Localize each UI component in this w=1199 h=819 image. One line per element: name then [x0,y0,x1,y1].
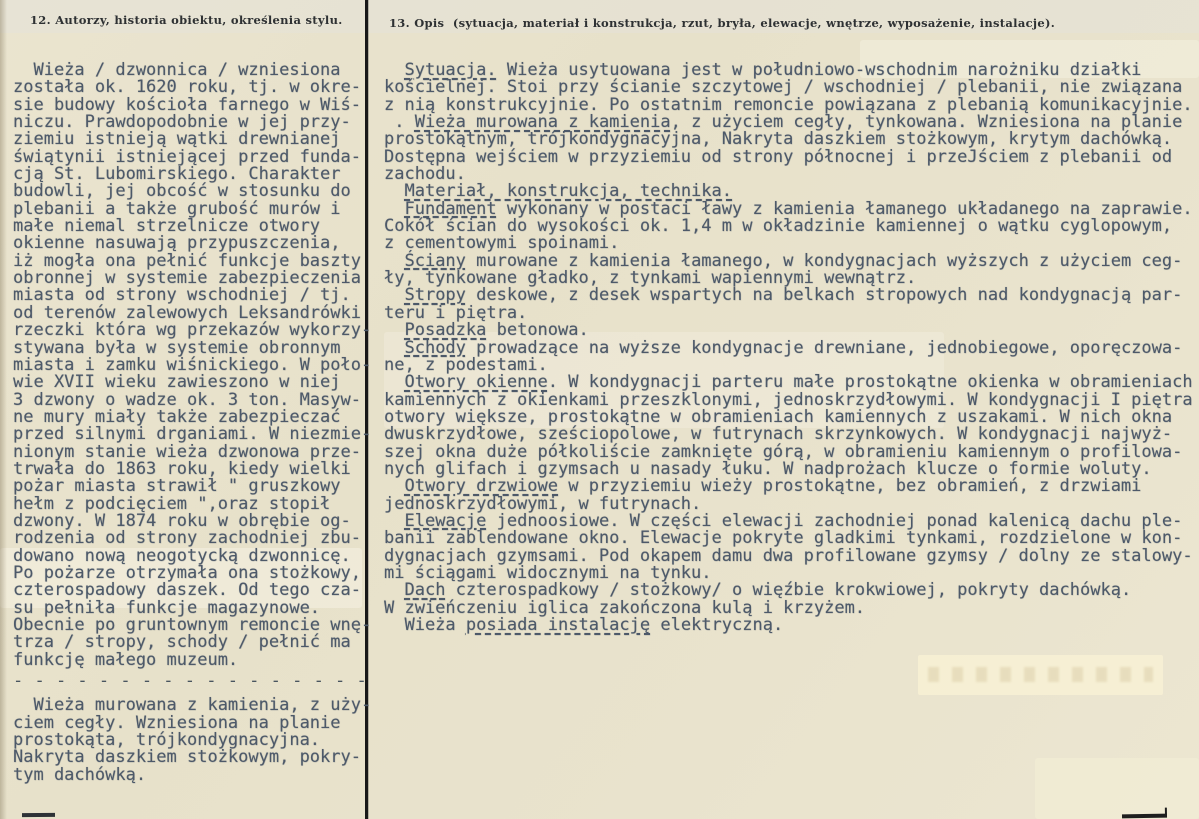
separator-dashes: - - - - - - - - - - - - - - - - - [13,673,365,690]
typed-line: Dostępna wejściem w przyziemiu od strony… [384,149,1199,166]
bottom-right-mark [1122,814,1167,819]
typed-line: Wieża posiada instalację elektryczną. [384,617,1199,634]
typed-line: tym dachówką. [13,767,365,784]
left-column-field-12: Wieża / dzwonnica / wzniesionazostała ok… [13,62,365,784]
scan-artifact-patch [1035,758,1199,819]
right-column-text: Sytuacja. Wieża usytuowana jest w połudn… [384,62,1199,634]
bleed-through-glyphs [928,667,1153,682]
field-12-header-label: 12. Autorzy, historia obiektu, określeni… [30,13,343,27]
bleed-through-stamp [918,655,1163,695]
field-13-header-label: 13. Opis (sytuacja, materiał i konstrukc… [389,16,1055,30]
scanned-document-card: { "colors":{"paper":"#e9e3cd","ink":"#4d… [0,0,1199,819]
bottom-left-mark [22,813,55,817]
right-column-field-13: Sytuacja. Wieża usytuowana jest w połudn… [384,62,1199,634]
typed-line: funkcję małego muzeum. [13,652,365,669]
left-paragraph-2: Wieża murowana z kamienia, z uży-ciem ce… [13,697,365,784]
left-paragraph-1: Wieża / dzwonnica / wzniesionazostała ok… [13,62,365,669]
paper-edge-shadow [0,0,7,819]
